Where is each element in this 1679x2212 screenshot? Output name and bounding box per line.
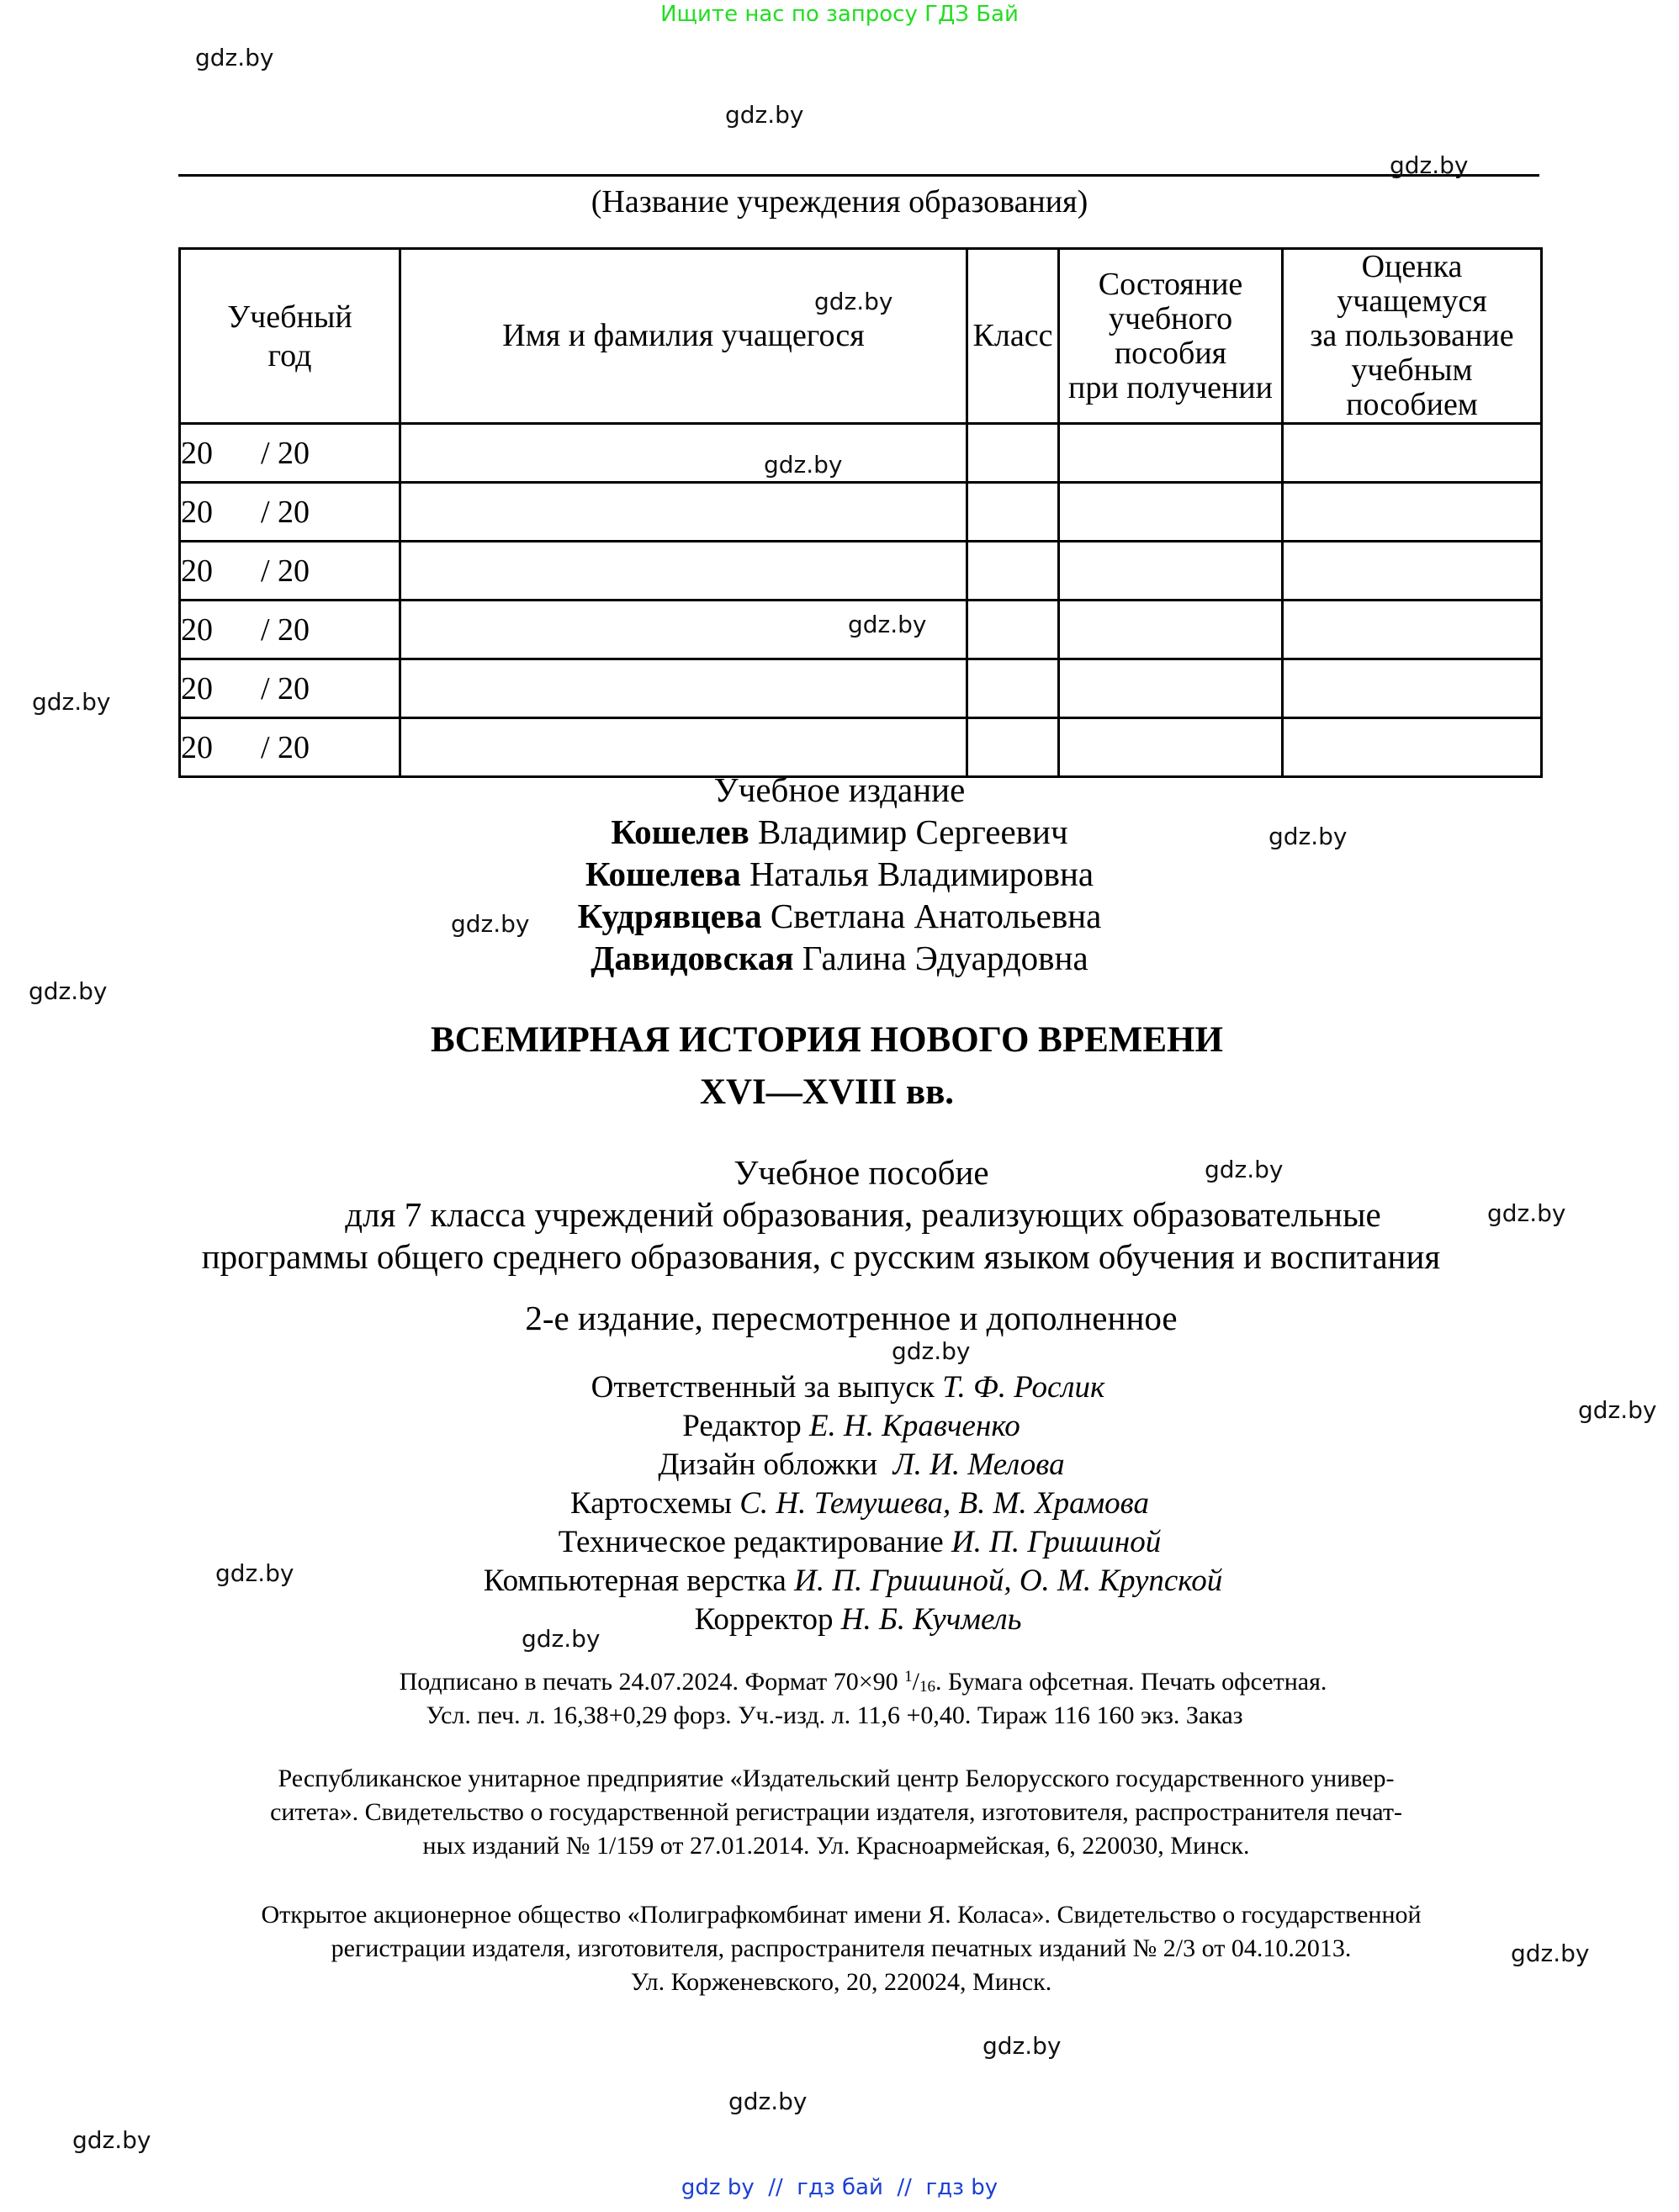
edition-type: Учебное издание xyxy=(0,770,1679,810)
table-row: 20 / 20 xyxy=(180,542,1542,601)
table-row: 20 / 20 xyxy=(180,424,1542,483)
watermark: gdz.by xyxy=(725,101,804,129)
table-row: 20 / 20 xyxy=(180,659,1542,718)
credit-cover-design: Дизайн обложки Л. И. Мелова xyxy=(22,1447,1679,1483)
watermark: gdz.by xyxy=(72,2126,151,2154)
publisher-line-2: ситета». Свидетельство о государственной… xyxy=(0,1798,1676,1827)
header-school-year: Учебныйгод xyxy=(180,249,400,424)
watermark: gdz.by xyxy=(1269,823,1348,850)
table-row: 20 / 20 xyxy=(180,718,1542,777)
cell-student-name[interactable] xyxy=(400,718,967,777)
cell-grade[interactable] xyxy=(1283,424,1542,483)
watermark: gdz.by xyxy=(764,451,843,479)
watermark: gdz.by xyxy=(1487,1199,1566,1227)
author-1: Кошелев Владимир Сергеевич xyxy=(0,812,1679,852)
imprint-line-1: Подписано в печать 24.07.2024. Формат 70… xyxy=(24,1668,1679,1696)
cell-student-name[interactable] xyxy=(400,659,967,718)
watermark: gdz.by xyxy=(1390,151,1469,179)
cell-class[interactable] xyxy=(967,424,1059,483)
cell-school-year: 20 / 20 xyxy=(180,483,400,542)
book-kind: Учебное пособие xyxy=(22,1152,1679,1193)
edition-note: 2-е издание, пересмотренное и дополненно… xyxy=(12,1298,1679,1338)
header-student-name: Имя и фамилия учащегося xyxy=(400,249,967,424)
watermark: gdz.by xyxy=(814,288,893,315)
author-3: Кудрявцева Светлана Анатольевна xyxy=(0,896,1679,936)
search-hint-banner: Ищите нас по запросу ГДЗ Бай xyxy=(0,2,1679,27)
author-2: Кошелева Наталья Владимировна xyxy=(0,854,1679,894)
watermark: gdz.by xyxy=(1205,1156,1284,1183)
cell-class[interactable] xyxy=(967,542,1059,601)
table-header-row: Учебныйгод Имя и фамилия учащегося Класс… xyxy=(180,249,1542,424)
watermark: gdz.by xyxy=(892,1337,971,1365)
cell-class[interactable] xyxy=(967,483,1059,542)
book-period: XVI—XVIII вв. xyxy=(0,1072,1666,1113)
watermark: gdz.by xyxy=(1578,1396,1657,1424)
cell-condition[interactable] xyxy=(1059,659,1283,718)
credit-proofreader: Корректор Н. Б. Кучмель xyxy=(19,1601,1679,1638)
cell-student-name[interactable] xyxy=(400,483,967,542)
cell-school-year: 20 / 20 xyxy=(180,659,400,718)
cell-school-year: 20 / 20 xyxy=(180,542,400,601)
credit-release: Ответственный за выпуск Т. Ф. Рослик xyxy=(8,1369,1679,1405)
author-4: Давидовская Галина Эдуардовна xyxy=(0,938,1679,978)
cell-grade[interactable] xyxy=(1283,601,1542,659)
publisher-line-3: ных изданий № 1/159 от 27.01.2014. Ул. К… xyxy=(0,1832,1676,1860)
printer-line-3: Ул. Корженевского, 20, 220024, Минск. xyxy=(2,1968,1679,1997)
watermark: gdz.by xyxy=(728,2088,808,2115)
printer-line-1: Открытое акционерное общество «Полиграфк… xyxy=(2,1901,1679,1929)
cell-grade[interactable] xyxy=(1283,542,1542,601)
cell-grade[interactable] xyxy=(1283,659,1542,718)
watermark: gdz.by xyxy=(32,688,111,716)
watermark: gdz.by xyxy=(195,44,274,71)
watermark: gdz.by xyxy=(983,2032,1062,2060)
watermark: gdz.by xyxy=(215,1559,294,1587)
header-class: Класс xyxy=(967,249,1059,424)
watermark: gdz.by xyxy=(1511,1939,1590,1967)
cell-class[interactable] xyxy=(967,659,1059,718)
institution-caption: (Название учреждения образования) xyxy=(0,183,1679,220)
cell-grade[interactable] xyxy=(1283,718,1542,777)
book-title: ВСЕМИРНАЯ ИСТОРИЯ НОВОГО ВРЕМЕНИ xyxy=(0,1019,1666,1061)
cell-condition[interactable] xyxy=(1059,601,1283,659)
header-condition-received: Состояниеучебного пособияпри получении xyxy=(1059,249,1283,424)
institution-name-line xyxy=(178,174,1539,177)
watermark: gdz.by xyxy=(848,611,927,638)
cell-class[interactable] xyxy=(967,718,1059,777)
cell-school-year: 20 / 20 xyxy=(180,718,400,777)
site-links-banner[interactable]: gdz by // гдз бай // гдз by xyxy=(0,2175,1679,2200)
audience-line-1: для 7 класса учреждений образования, реа… xyxy=(24,1194,1679,1235)
imprint-line-2: Усл. печ. л. 16,38+0,29 форз. Уч.-изд. л… xyxy=(0,1701,1674,1730)
cell-condition[interactable] xyxy=(1059,718,1283,777)
cell-student-name[interactable] xyxy=(400,542,967,601)
credit-maps: Картосхемы С. Н. Темушева, В. М. Храмова xyxy=(20,1485,1679,1521)
textbook-register-table: Учебныйгод Имя и фамилия учащегося Класс… xyxy=(178,247,1543,778)
watermark: gdz.by xyxy=(29,977,108,1005)
printer-line-2: регистрации издателя, изготовителя, расп… xyxy=(2,1934,1679,1963)
cell-grade[interactable] xyxy=(1283,483,1542,542)
credit-editor: Редактор Е. Н. Кравченко xyxy=(12,1408,1679,1444)
audience-line-2: программы общего среднего образования, с… xyxy=(0,1236,1660,1277)
cell-class[interactable] xyxy=(967,601,1059,659)
cell-school-year: 20 / 20 xyxy=(180,424,400,483)
header-usage-grade: Оценка учащемусяза пользование учебнымпо… xyxy=(1283,249,1542,424)
cell-student-name[interactable] xyxy=(400,424,967,483)
cell-condition[interactable] xyxy=(1059,483,1283,542)
watermark: gdz.by xyxy=(522,1625,601,1653)
cell-condition[interactable] xyxy=(1059,542,1283,601)
cell-school-year: 20 / 20 xyxy=(180,601,400,659)
publisher-line-1: Республиканское унитарное предприятие «И… xyxy=(0,1765,1676,1793)
table-row: 20 / 20 xyxy=(180,483,1542,542)
watermark: gdz.by xyxy=(451,910,530,938)
cell-condition[interactable] xyxy=(1059,424,1283,483)
credit-tech-editing: Техническое редактирование И. П. Гришино… xyxy=(20,1524,1679,1560)
